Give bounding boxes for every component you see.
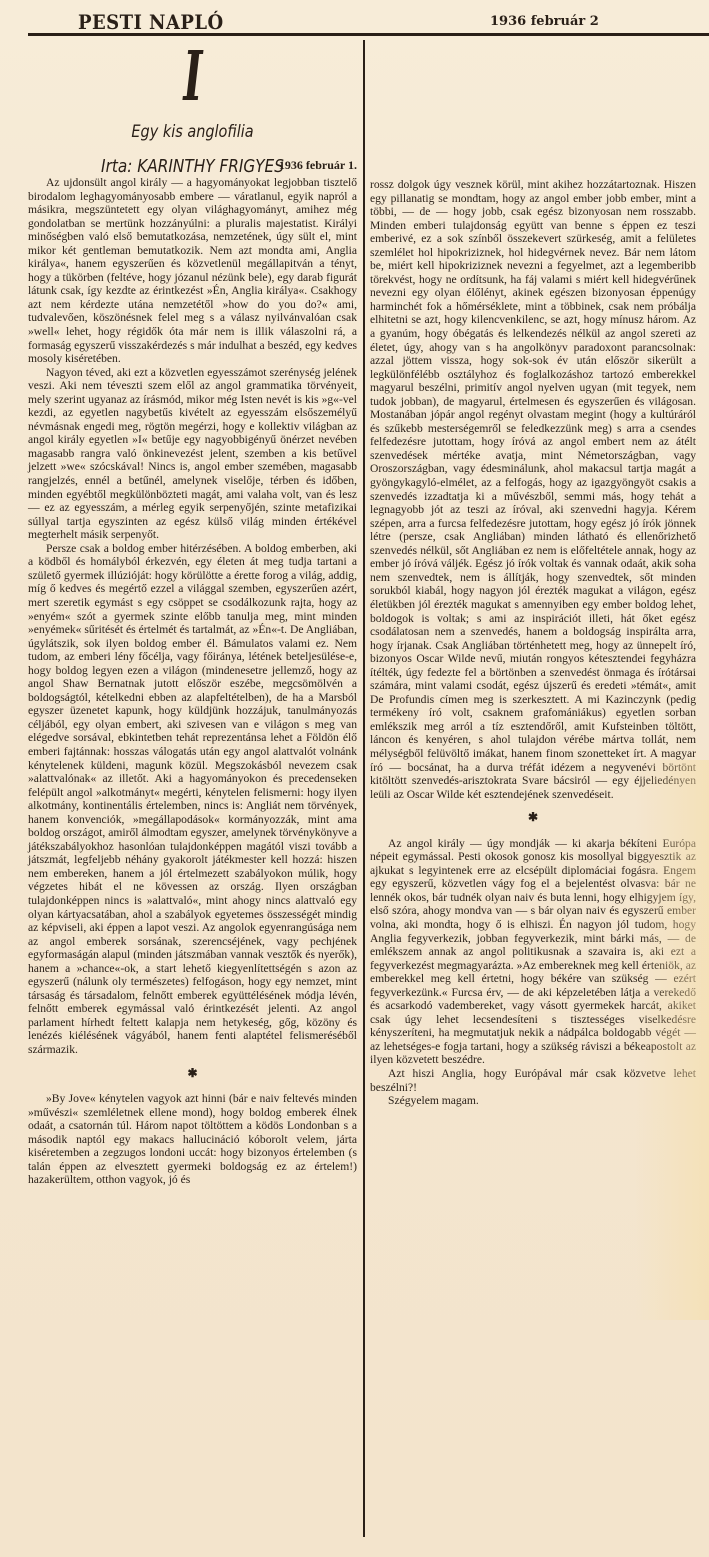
paragraph: Persze csak a boldog ember hitérzésében.…: [28, 542, 357, 1057]
masthead-rule: [28, 33, 709, 36]
headline-letter: I: [183, 42, 202, 112]
paragraph: rossz dolgok úgy vesznek körül, mint aki…: [370, 178, 696, 801]
article-subtitle: Egy kis anglofilia: [53, 122, 333, 142]
newspaper-page: PESTI NAPLÓ 1936 február 2 I Egy kis ang…: [0, 0, 709, 1557]
paragraph: Az ujdonsült angol király — a hagyományo…: [28, 176, 357, 366]
article-headline: I Egy kis anglofilia Irta: KARINTHY FRIG…: [28, 42, 357, 177]
issue-date: 1936 február 2: [490, 14, 599, 29]
paragraph: »By Jove« kénytelen vagyok azt hinni (bá…: [28, 1092, 357, 1187]
article-dateline: 1936 február 1.: [28, 158, 357, 173]
column-divider: [363, 40, 365, 1537]
paper-stain: [635, 760, 709, 1320]
section-separator: ✱: [28, 1067, 357, 1081]
masthead: PESTI NAPLÓ 1936 február 2: [20, 6, 709, 34]
paragraph: Nagyon téved, aki ezt a közvetlen egyess…: [28, 366, 357, 542]
paper-name: PESTI NAPLÓ: [78, 10, 224, 34]
left-column: Az ujdonsült angol király — a hagyományo…: [28, 176, 357, 1187]
